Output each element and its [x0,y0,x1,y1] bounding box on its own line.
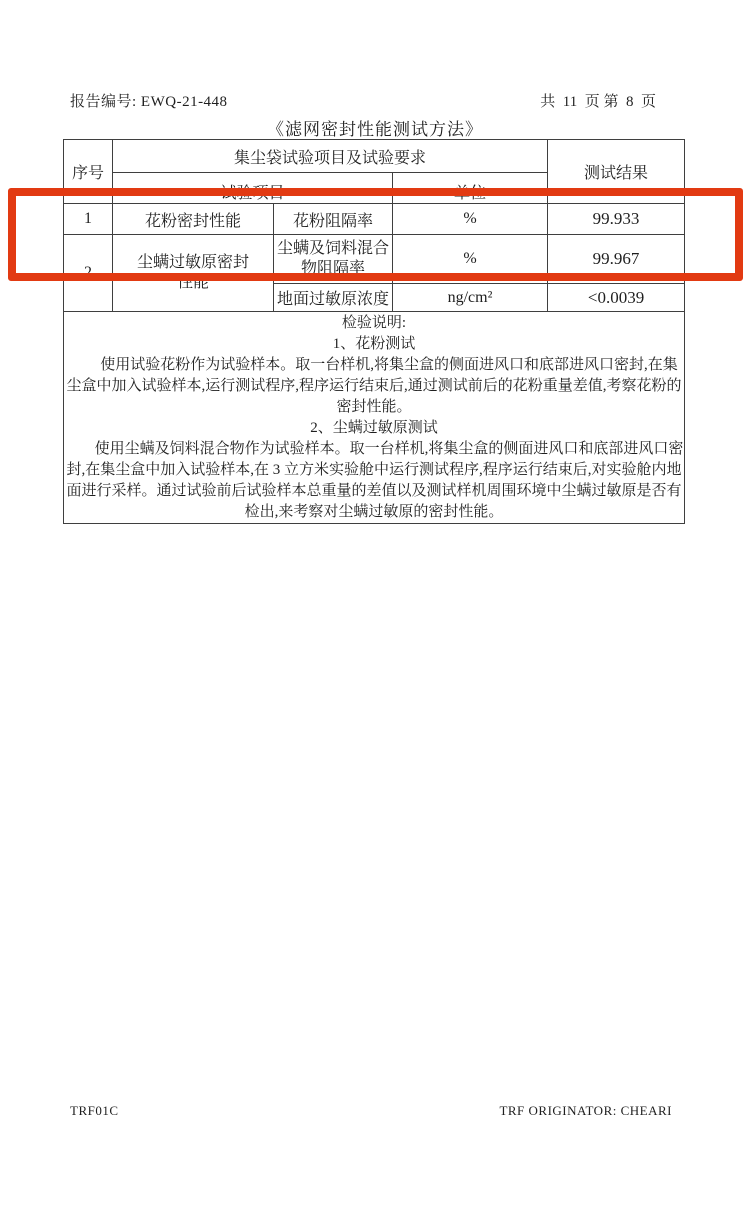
cell-unit-1: % [393,204,548,235]
cell-item-3: 地面过敏原浓度 [274,284,393,312]
cell-unit-2: % [393,235,548,284]
document-title: 《滤网密封性能测试方法》 [0,115,750,140]
cell-seq-1: 1 [64,204,113,235]
table-header-row: 序号 集尘袋试验项目及试验要求 测试结果 [64,140,685,173]
test-results-table: 序号 集尘袋试验项目及试验要求 测试结果 试验项目 单位 1 花粉密封性能 花粉… [63,139,685,524]
table-row: 2 尘螨过敏原密封性能 尘螨及饲料混合物阻隔率 % 99.967 [64,235,685,284]
inspection-notes: 检验说明: 1、花粉测试 使用试验花粉作为试验样本。取一台样机,将集尘盒的侧面进… [64,312,685,524]
header-result: 测试结果 [548,140,685,204]
footer-form-code: TRF01C [70,1103,119,1119]
cell-result-2: 99.967 [548,235,685,284]
page-indicator: 共 11 页 第 8 页 [540,90,656,111]
cell-item-2: 尘螨及饲料混合物阻隔率 [274,235,393,284]
report-number: 报告编号: EWQ-21-448 [70,90,228,111]
cell-unit-3: ng/cm² [393,284,548,312]
header-group: 集尘袋试验项目及试验要求 [113,140,548,173]
cell-category-2: 尘螨过敏原密封性能 [113,235,274,312]
subheader-unit: 单位 [393,173,548,204]
report-page: 报告编号: EWQ-21-448 共 11 页 第 8 页 《滤网密封性能测试方… [0,0,750,1210]
notes-row: 检验说明: 1、花粉测试 使用试验花粉作为试验样本。取一台样机,将集尘盒的侧面进… [64,312,685,524]
subheader-item: 试验项目 [113,173,393,204]
notes-section1-body: 使用试验花粉作为试验样本。取一台样机,将集尘盒的侧面进风口和底部进风口密封,在集… [64,355,684,418]
footer-originator: TRF ORIGINATOR: CHEARI [499,1103,672,1119]
notes-section1-title: 1、花粉测试 [64,334,684,355]
item-2-text: 尘螨及饲料混合物阻隔率 [276,239,390,279]
cell-result-1: 99.933 [548,204,685,235]
table-row: 1 花粉密封性能 花粉阻隔率 % 99.933 [64,204,685,235]
notes-title: 检验说明: [64,313,684,334]
cell-result-3: <0.0039 [548,284,685,312]
cell-category-1: 花粉密封性能 [113,204,274,235]
header-seq: 序号 [64,140,113,204]
category-2-text: 尘螨过敏原密封性能 [133,253,253,293]
cell-seq-2: 2 [64,235,113,312]
cell-item-1: 花粉阻隔率 [274,204,393,235]
notes-section2-body: 使用尘螨及饲料混合物作为试验样本。取一台样机,将集尘盒的侧面进风口和底部进风口密… [64,439,684,523]
notes-section2-title: 2、尘螨过敏原测试 [64,418,684,439]
